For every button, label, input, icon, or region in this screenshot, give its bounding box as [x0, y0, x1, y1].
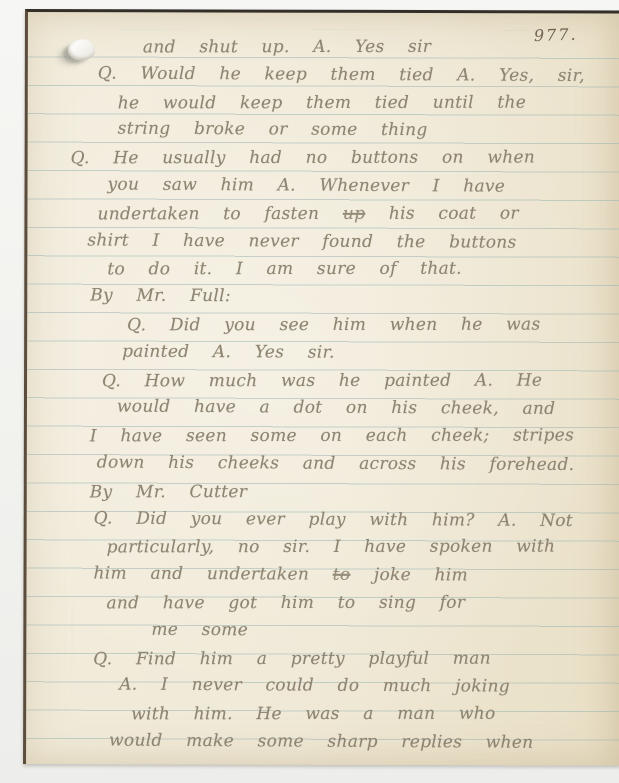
- manuscript-line: Q. He usually had no buttons on when: [71, 145, 619, 174]
- manuscript-line: and shut up. A. Yes sir: [143, 34, 619, 63]
- manuscript-line: him and undertaken to joke him: [93, 561, 619, 592]
- manuscript-line: you saw him A. Whenever I have: [107, 172, 619, 202]
- manuscript-line: would have a dot on his cheek, and: [117, 394, 619, 424]
- manuscript-line: particularly, no sir. I have spoken with: [107, 534, 619, 563]
- manuscript-line: By Mr. Full:: [90, 283, 619, 314]
- manuscript-page: 977. and shut up. A. Yes sirQ. Would he …: [23, 9, 619, 766]
- manuscript-line: would make some sharp replies when: [109, 727, 619, 757]
- scanned-document: 977. and shut up. A. Yes sirQ. Would he …: [0, 0, 619, 783]
- manuscript-line: A. I never could do much joking: [119, 672, 619, 702]
- struck-word: to: [333, 565, 351, 585]
- manuscript-line: me some: [151, 616, 619, 646]
- manuscript-line: he would keep them tied until the: [118, 89, 619, 118]
- manuscript-line: I have seen some on each cheek; stripes: [90, 423, 619, 452]
- manuscript-line: Q. Did you see him when he was: [127, 311, 619, 340]
- manuscript-lines: and shut up. A. Yes sirQ. Would he keep …: [26, 33, 619, 757]
- manuscript-line: shirt I have never found the buttons: [87, 227, 619, 258]
- manuscript-line: painted A. Yes sir.: [122, 338, 619, 368]
- manuscript-line: Q. Would he keep them tied A. Yes, sir,: [98, 60, 619, 91]
- manuscript-line: Q. How much was he painted A. He: [102, 367, 619, 396]
- manuscript-line: with him. He was a man who: [131, 701, 619, 730]
- manuscript-line: Q. Find him a pretty playful man: [93, 645, 619, 674]
- manuscript-line: By Mr. Cutter: [90, 478, 619, 507]
- manuscript-line: down his cheeks and across his forehead.: [97, 449, 619, 480]
- manuscript-line: string broke or some thing: [118, 116, 619, 146]
- manuscript-line: to do it. I am sure of that.: [107, 256, 619, 285]
- manuscript-line: and have got him to sing for: [106, 589, 619, 618]
- manuscript-line: Q. Did you ever play with him? A. Not: [94, 505, 619, 536]
- manuscript-line: undertaken to fasten up his coat or: [97, 200, 619, 229]
- struck-word: up: [343, 204, 365, 224]
